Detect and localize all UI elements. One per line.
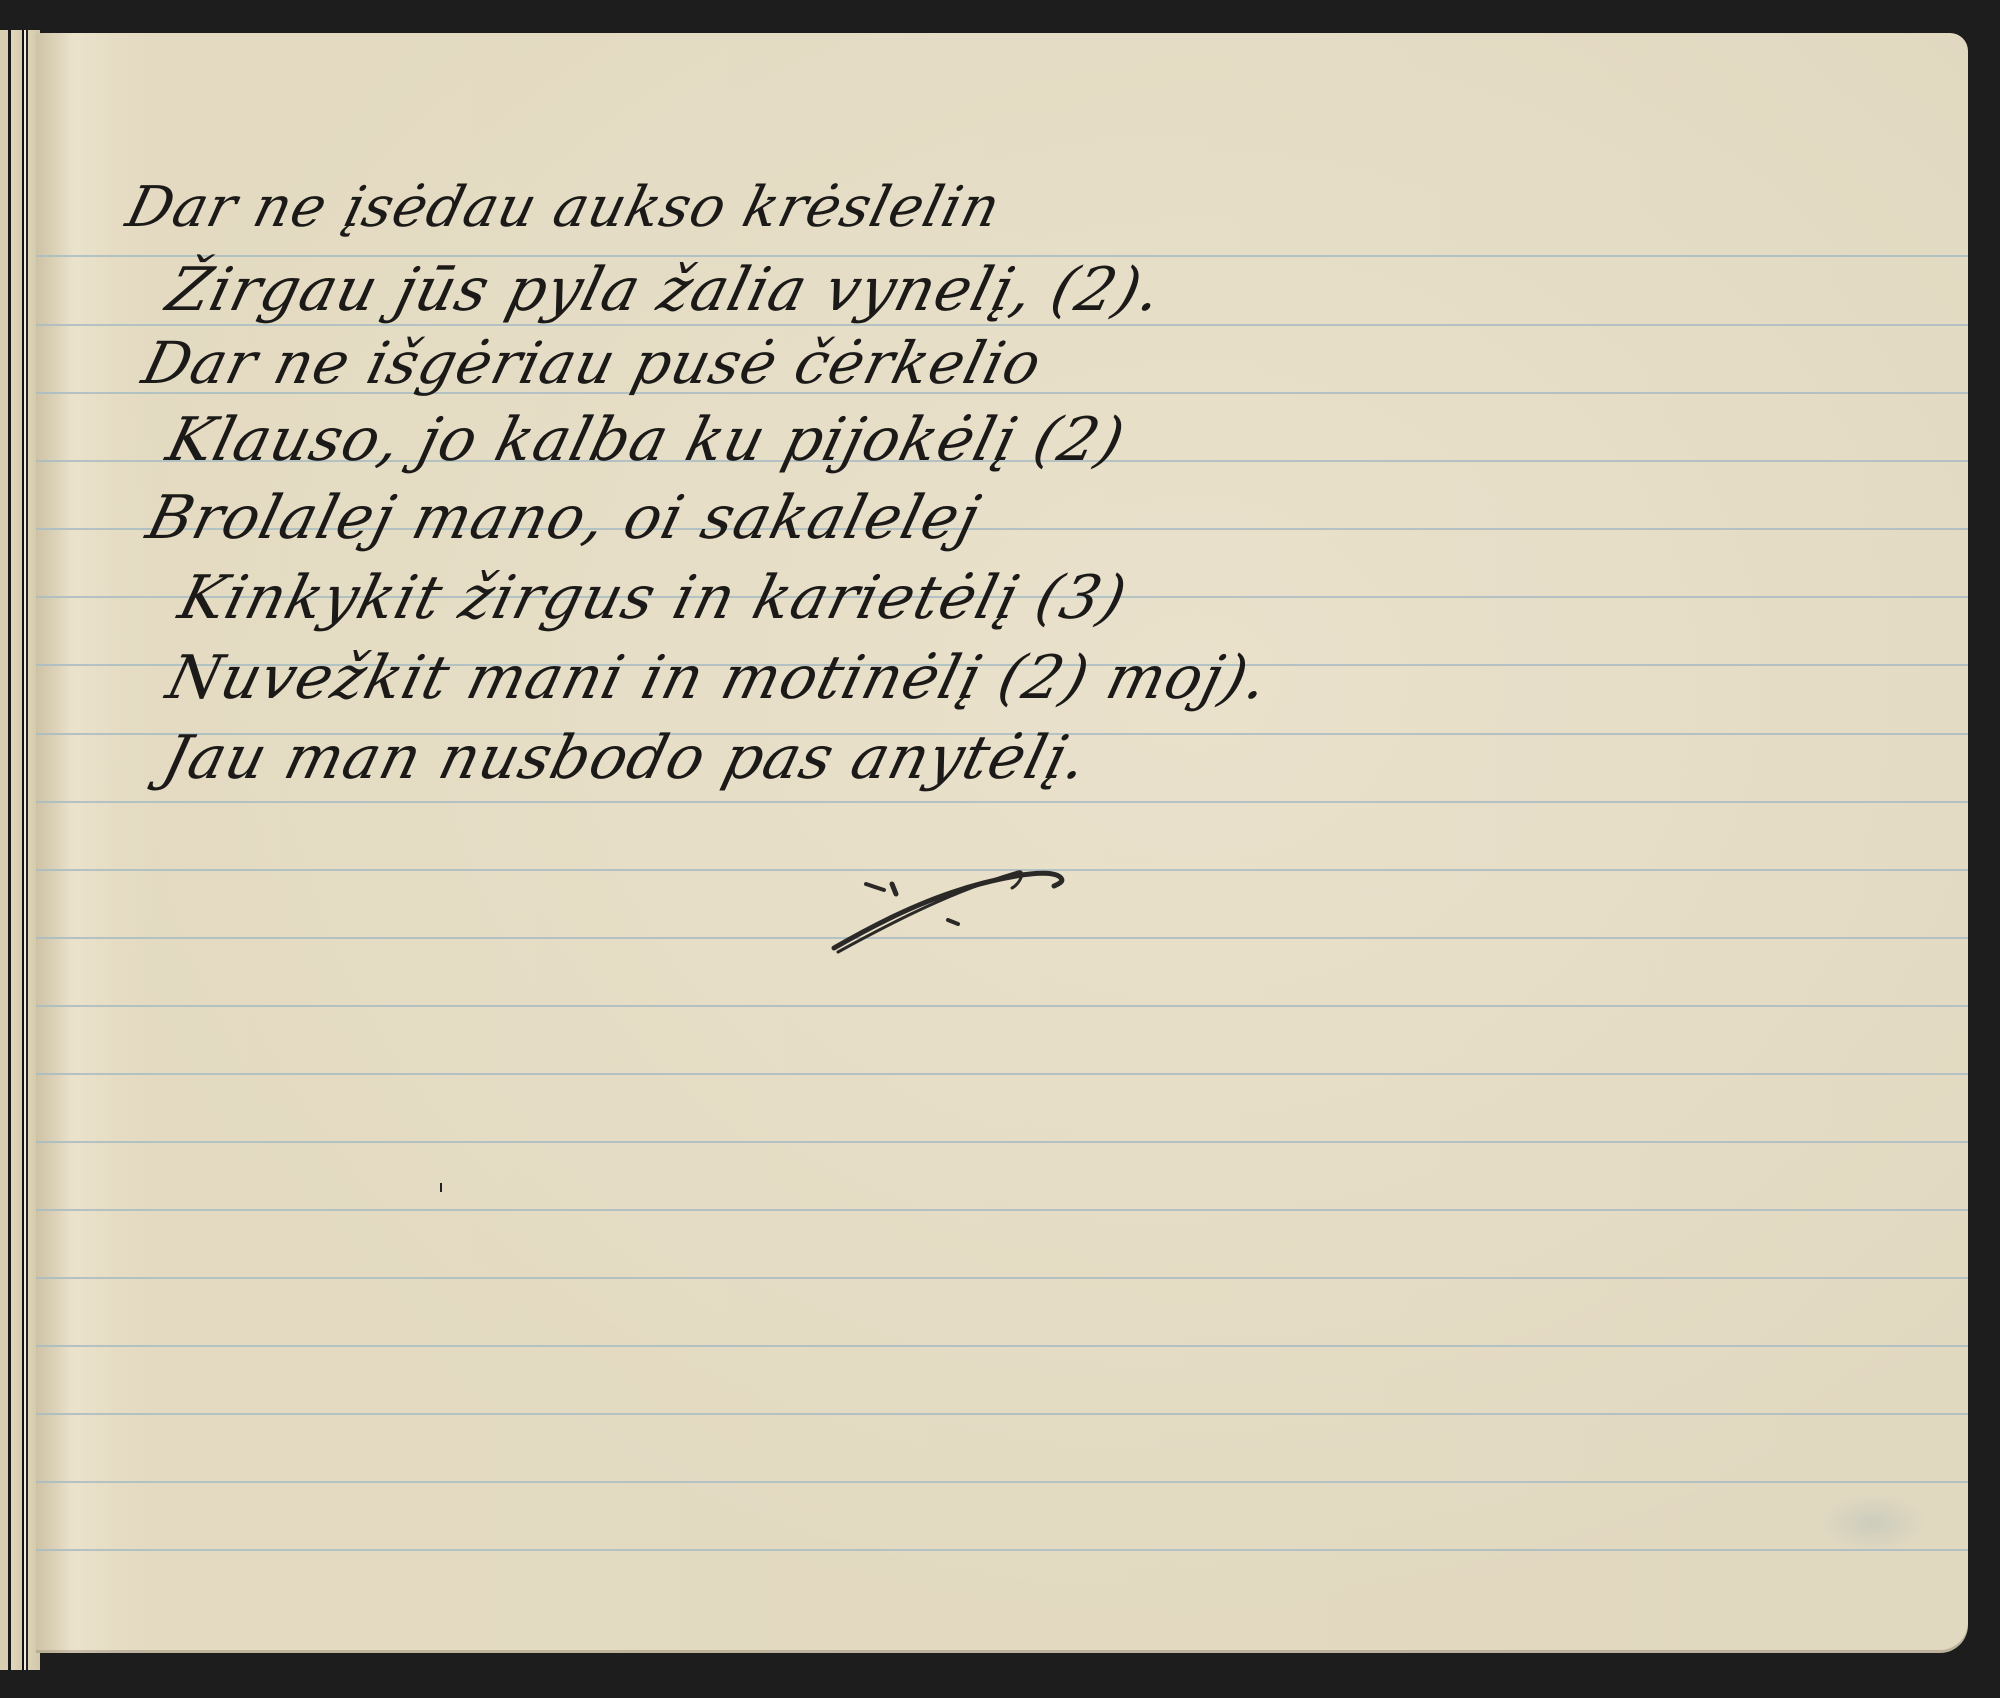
verse-line-5: Brolalej mano, oi sakalelej	[140, 483, 987, 553]
verse-line-8: Jau man nusbodo pas anytėlį.	[156, 723, 1095, 793]
notebook-spine	[0, 30, 40, 1670]
notebook-page: Dar ne įsėdau aukso krėslelin Žirgau jūs…	[36, 33, 1968, 1653]
verse-line-1: Dar ne įsėdau aukso krėslelin	[120, 175, 1007, 240]
verse-line-4: Klauso, jo kalba ku pijokėlį (2)	[160, 405, 1132, 475]
handwritten-text: Dar ne įsėdau aukso krėslelin Žirgau jūs…	[36, 33, 1968, 1653]
signature-flourish	[806, 848, 1106, 968]
ink-speck	[440, 1183, 442, 1192]
verse-line-6: Kinkykit žirgus in karietėlį (3)	[172, 563, 1134, 633]
verse-line-2: Žirgau jūs pyla žalia vynelį, (2).	[160, 255, 1169, 325]
verse-line-7: Nuvežkit mani in motinėlį (2) moj).	[160, 643, 1276, 713]
manuscript-scan: Dar ne įsėdau aukso krėslelin Žirgau jūs…	[0, 0, 2000, 1698]
verse-line-3: Dar ne išgėriau pusė čėrkelio	[136, 329, 1049, 397]
paper-stain	[1818, 1493, 1928, 1553]
